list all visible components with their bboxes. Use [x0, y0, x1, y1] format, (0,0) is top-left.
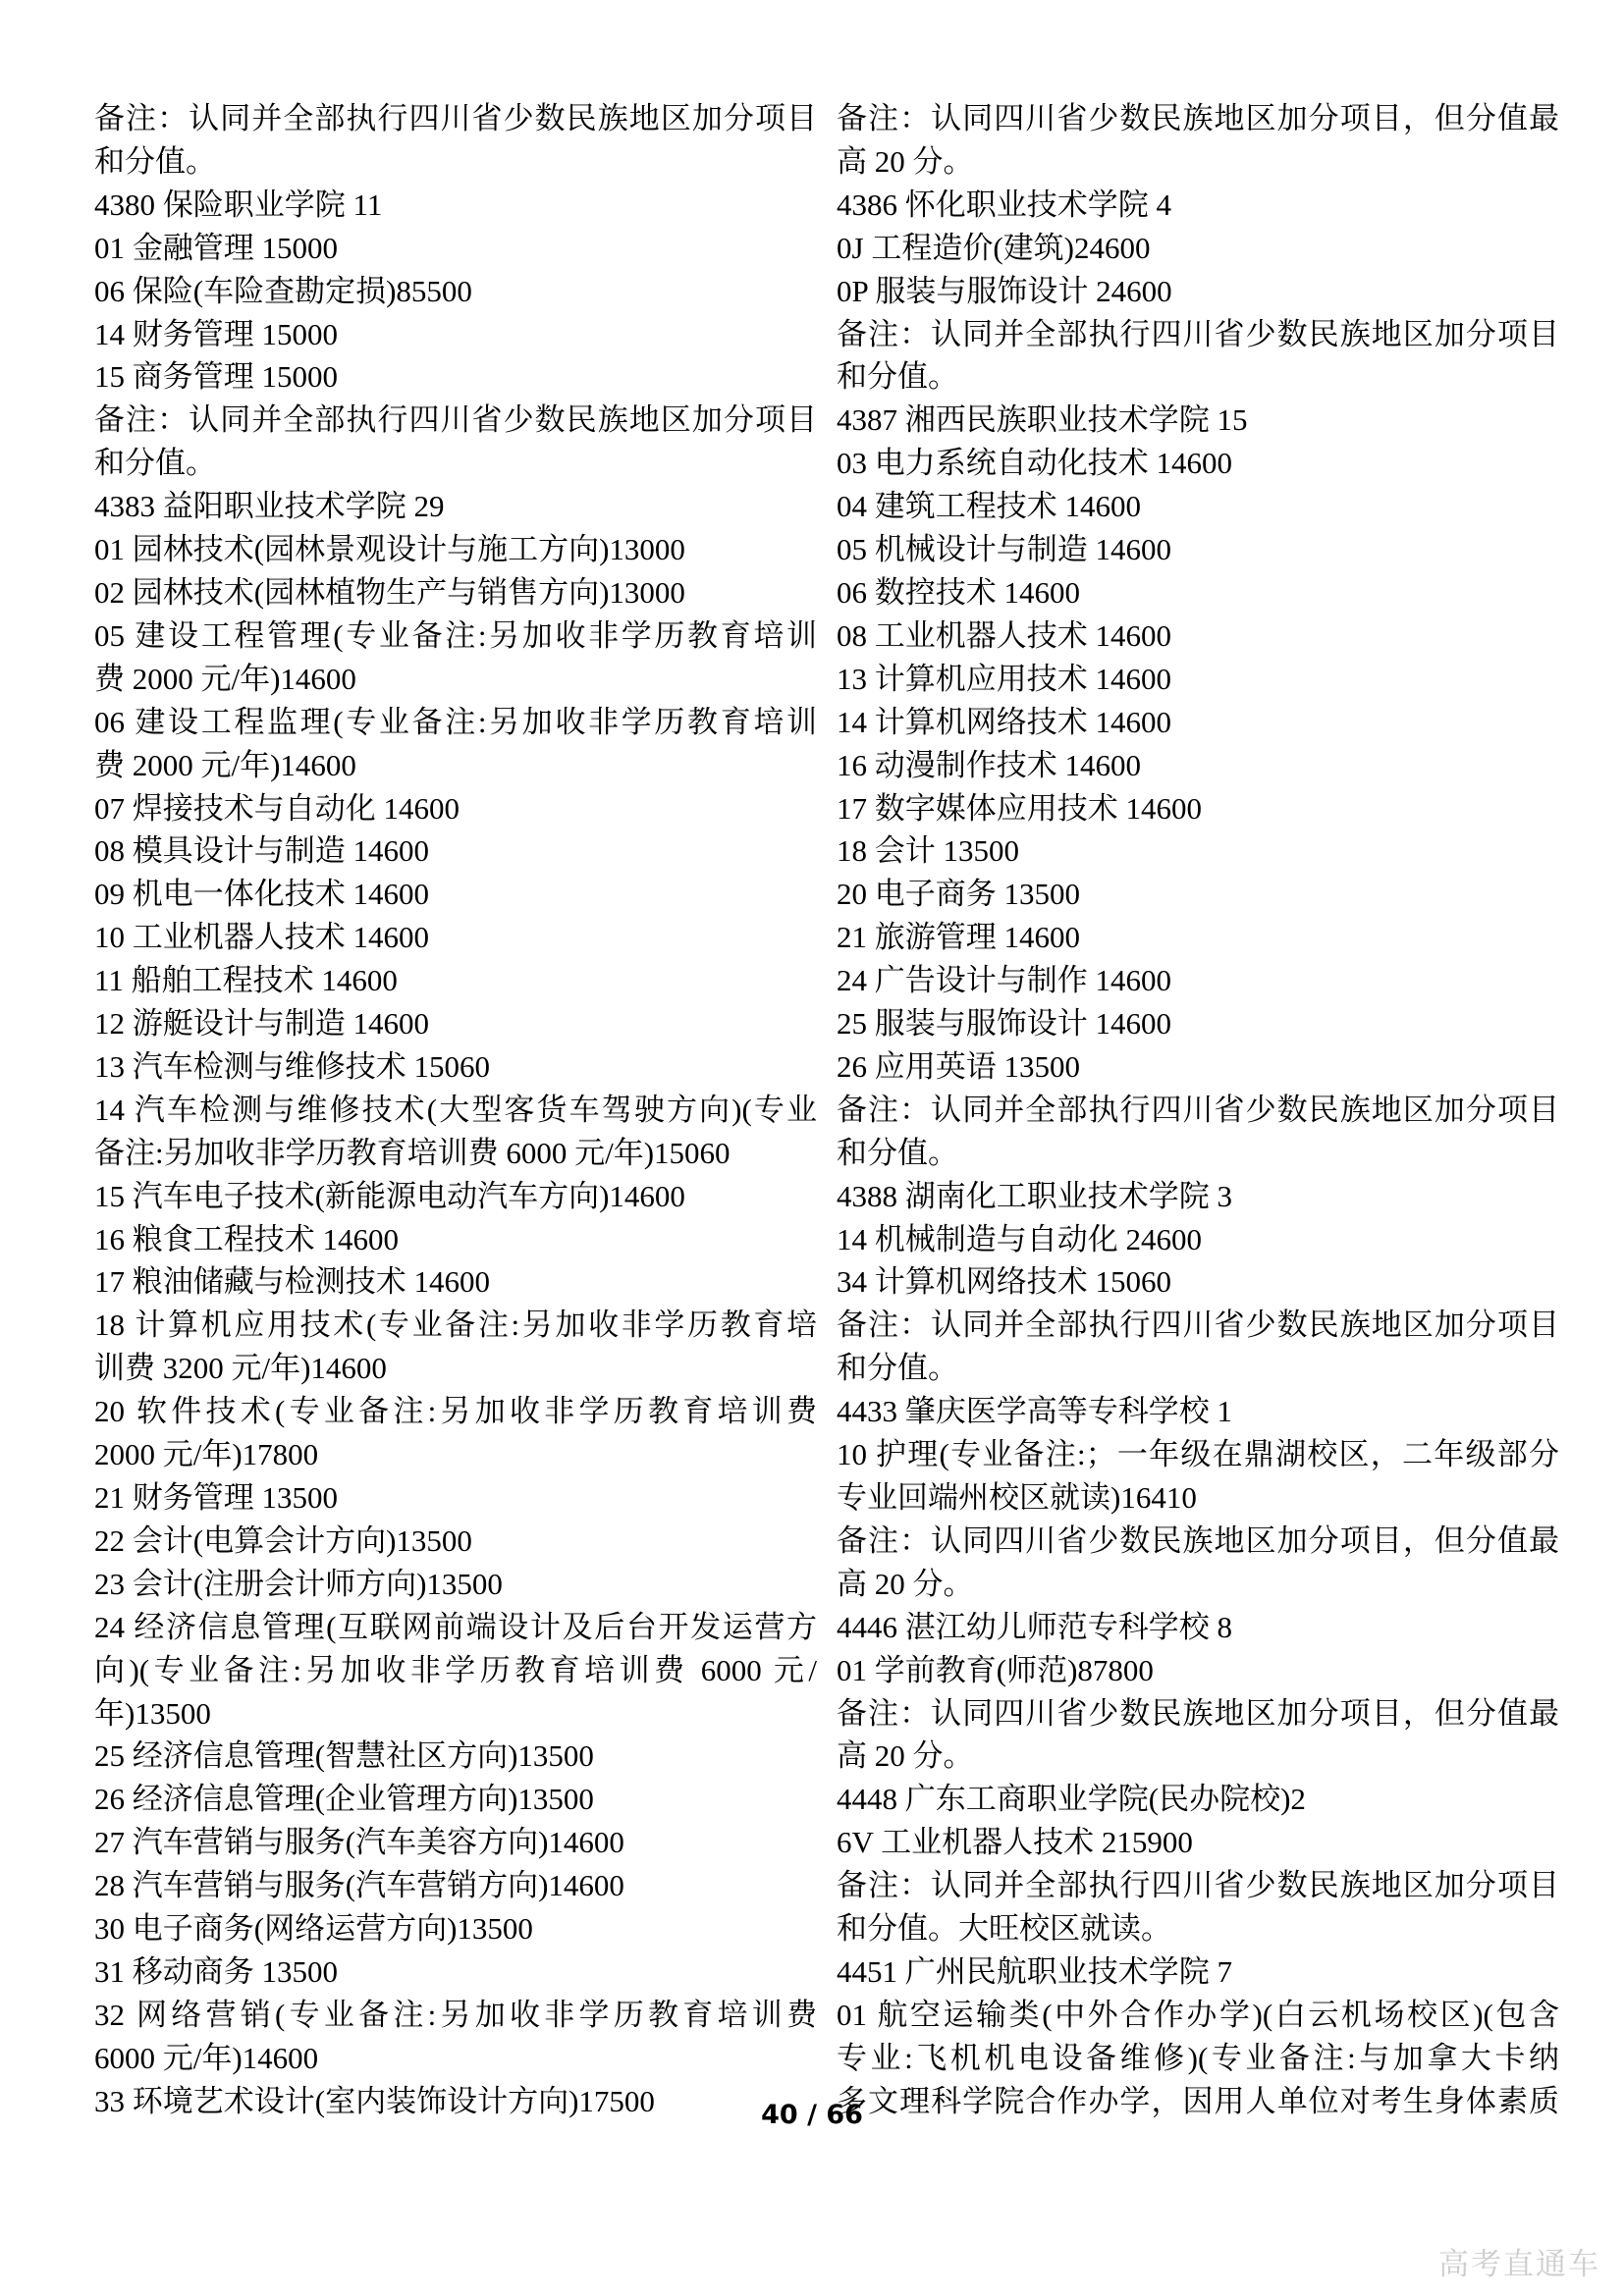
text-line: 26 经济信息管理(企业管理方向)13500: [94, 1778, 817, 1821]
watermark-logo: 高考直通车: [1438, 2239, 1600, 2283]
text-line: 和分值。: [94, 140, 817, 184]
text-line: 01 园林技术(园林景观设计与施工方向)13000: [94, 528, 817, 571]
text-line: 24 广告设计与制作 14600: [837, 959, 1559, 1002]
text-line: 14 计算机网络技术 14600: [837, 701, 1559, 744]
text-line: 27 汽车营销与服务(汽车美容方向)14600: [94, 1821, 817, 1864]
text-line: 14 机械制造与自动化 24600: [837, 1218, 1559, 1261]
text-line: 4446 湛江幼儿师范专科学校 8: [837, 1606, 1559, 1649]
text-line: 02 园林技术(园林植物生产与销售方向)13000: [94, 571, 817, 614]
text-line: 和分值。大旺校区就读。: [837, 1907, 1559, 1950]
text-line: 10 护理(专业备注:；一年级在鼎湖校区，二年级部分: [837, 1433, 1559, 1476]
text-line: 备注：认同并全部执行四川省少数民族地区加分项目: [837, 1089, 1559, 1132]
text-line: 4448 广东工商职业学院(民办院校)2: [837, 1778, 1559, 1821]
text-line: 08 模具设计与制造 14600: [94, 829, 817, 873]
text-line: 16 粮食工程技术 14600: [94, 1218, 817, 1261]
text-line: 11 船舶工程技术 14600: [94, 959, 817, 1002]
text-line: 备注：认同四川省少数民族地区加分项目，但分值最: [837, 97, 1559, 140]
text-line: 6V 工业机器人技术 215900: [837, 1821, 1559, 1864]
text-line: 13 汽车检测与维修技术 15060: [94, 1045, 817, 1089]
text-line: 4383 益阳职业技术学院 29: [94, 485, 817, 528]
text-line: 17 数字媒体应用技术 14600: [837, 787, 1559, 830]
text-line: 18 会计 13500: [837, 829, 1559, 873]
text-line: 18 计算机应用技术(专业备注:另加收非学历教育培: [94, 1304, 817, 1347]
text-line: 20 软件技术(专业备注:另加收非学历教育培训费: [94, 1390, 817, 1433]
text-line: 30 电子商务(网络运营方向)13500: [94, 1907, 817, 1950]
text-line: 10 工业机器人技术 14600: [94, 916, 817, 959]
right-column: 备注：认同四川省少数民族地区加分项目，但分值最高 20 分。4386 怀化职业技…: [837, 97, 1559, 2123]
text-line: 01 学前教育(师范)87800: [837, 1649, 1559, 1692]
text-line: 34 计算机网络技术 15060: [837, 1260, 1559, 1304]
text-line: 备注：认同并全部执行四川省少数民族地区加分项目: [94, 97, 817, 140]
text-line: 和分值。: [94, 442, 817, 485]
document-page: 备注：认同并全部执行四川省少数民族地区加分项目和分值。4380 保险职业学院 1…: [0, 0, 1624, 2296]
text-line: 04 建筑工程技术 14600: [837, 485, 1559, 528]
text-line: 14 财务管理 15000: [94, 313, 817, 356]
text-line: 4380 保险职业学院 11: [94, 184, 817, 227]
text-line: 06 数控技术 14600: [837, 571, 1559, 614]
text-line: 4387 湘西民族职业技术学院 15: [837, 399, 1559, 442]
text-line: 03 电力系统自动化技术 14600: [837, 442, 1559, 485]
text-line: 高 20 分。: [837, 1735, 1559, 1778]
text-line: 和分值。: [837, 355, 1559, 399]
text-line: 年)13500: [94, 1692, 817, 1735]
text-line: 6000 元/年)14600: [94, 2037, 817, 2080]
text-line: 13 计算机应用技术 14600: [837, 658, 1559, 701]
text-line: 12 游艇设计与制造 14600: [94, 1002, 817, 1045]
text-line: 0J 工程造价(建筑)24600: [837, 227, 1559, 270]
text-line: 32 网络营销(专业备注:另加收非学历教育培训费: [94, 1994, 817, 2037]
text-line: 高 20 分。: [837, 140, 1559, 184]
text-line: 和分值。: [837, 1132, 1559, 1175]
text-line: 4388 湖南化工职业技术学院 3: [837, 1175, 1559, 1218]
text-line: 4451 广州民航职业技术学院 7: [837, 1950, 1559, 1994]
text-line: 08 工业机器人技术 14600: [837, 614, 1559, 658]
text-line: 20 电子商务 13500: [837, 873, 1559, 916]
text-line: 4386 怀化职业技术学院 4: [837, 184, 1559, 227]
text-line: 4433 肇庆医学高等专科学校 1: [837, 1390, 1559, 1433]
text-line: 费 2000 元/年)14600: [94, 658, 817, 701]
text-line: 23 会计(注册会计师方向)13500: [94, 1563, 817, 1606]
text-line: 0P 服装与服饰设计 24600: [837, 270, 1559, 313]
text-line: 21 旅游管理 14600: [837, 916, 1559, 959]
text-line: 07 焊接技术与自动化 14600: [94, 787, 817, 830]
text-line: 和分值。: [837, 1347, 1559, 1390]
text-line: 05 建设工程管理(专业备注:另加收非学历教育培训: [94, 614, 817, 658]
text-line: 21 财务管理 13500: [94, 1476, 817, 1520]
left-column: 备注：认同并全部执行四川省少数民族地区加分项目和分值。4380 保险职业学院 1…: [94, 97, 817, 2123]
text-line: 06 建设工程监理(专业备注:另加收非学历教育培训: [94, 701, 817, 744]
text-line: 向)(专业备注:另加收非学历教育培训费 6000 元/: [94, 1649, 817, 1692]
text-line: 费 2000 元/年)14600: [94, 744, 817, 787]
text-line: 2000 元/年)17800: [94, 1433, 817, 1476]
text-line: 备注：认同四川省少数民族地区加分项目，但分值最: [837, 1692, 1559, 1735]
text-line: 备注：认同四川省少数民族地区加分项目，但分值最: [837, 1520, 1559, 1563]
text-line: 26 应用英语 13500: [837, 1045, 1559, 1089]
text-line: 备注:另加收非学历教育培训费 6000 元/年)15060: [94, 1132, 817, 1175]
text-line: 16 动漫制作技术 14600: [837, 744, 1559, 787]
text-line: 24 经济信息管理(互联网前端设计及后台开发运营方: [94, 1606, 817, 1649]
text-line: 备注：认同并全部执行四川省少数民族地区加分项目: [837, 1864, 1559, 1907]
text-line: 15 汽车电子技术(新能源电动汽车方向)14600: [94, 1175, 817, 1218]
text-line: 06 保险(车险查勘定损)85500: [94, 270, 817, 313]
text-line: 09 机电一体化技术 14600: [94, 873, 817, 916]
text-line: 31 移动商务 13500: [94, 1950, 817, 1994]
text-line: 高 20 分。: [837, 1563, 1559, 1606]
text-line: 专业回端州校区就读)16410: [837, 1476, 1559, 1520]
text-line: 05 机械设计与制造 14600: [837, 528, 1559, 571]
text-line: 17 粮油储藏与检测技术 14600: [94, 1260, 817, 1304]
text-line: 专业:飞机机电设备维修)(专业备注:与加拿大卡纳: [837, 2037, 1559, 2080]
text-line: 22 会计(电算会计方向)13500: [94, 1520, 817, 1563]
text-line: 25 服装与服饰设计 14600: [837, 1002, 1559, 1045]
text-line: 15 商务管理 15000: [94, 355, 817, 399]
text-line: 01 航空运输类(中外合作办学)(白云机场校区)(包含: [837, 1994, 1559, 2037]
text-line: 28 汽车营销与服务(汽车营销方向)14600: [94, 1864, 817, 1907]
text-line: 备注：认同并全部执行四川省少数民族地区加分项目: [837, 1304, 1559, 1347]
page-number: 40 / 66: [0, 2100, 1624, 2130]
text-line: 01 金融管理 15000: [94, 227, 817, 270]
text-line: 14 汽车检测与维修技术(大型客货车驾驶方向)(专业: [94, 1089, 817, 1132]
text-line: 25 经济信息管理(智慧社区方向)13500: [94, 1735, 817, 1778]
text-line: 训费 3200 元/年)14600: [94, 1347, 817, 1390]
text-line: 备注：认同并全部执行四川省少数民族地区加分项目: [837, 313, 1559, 356]
text-line: 备注：认同并全部执行四川省少数民族地区加分项目: [94, 399, 817, 442]
